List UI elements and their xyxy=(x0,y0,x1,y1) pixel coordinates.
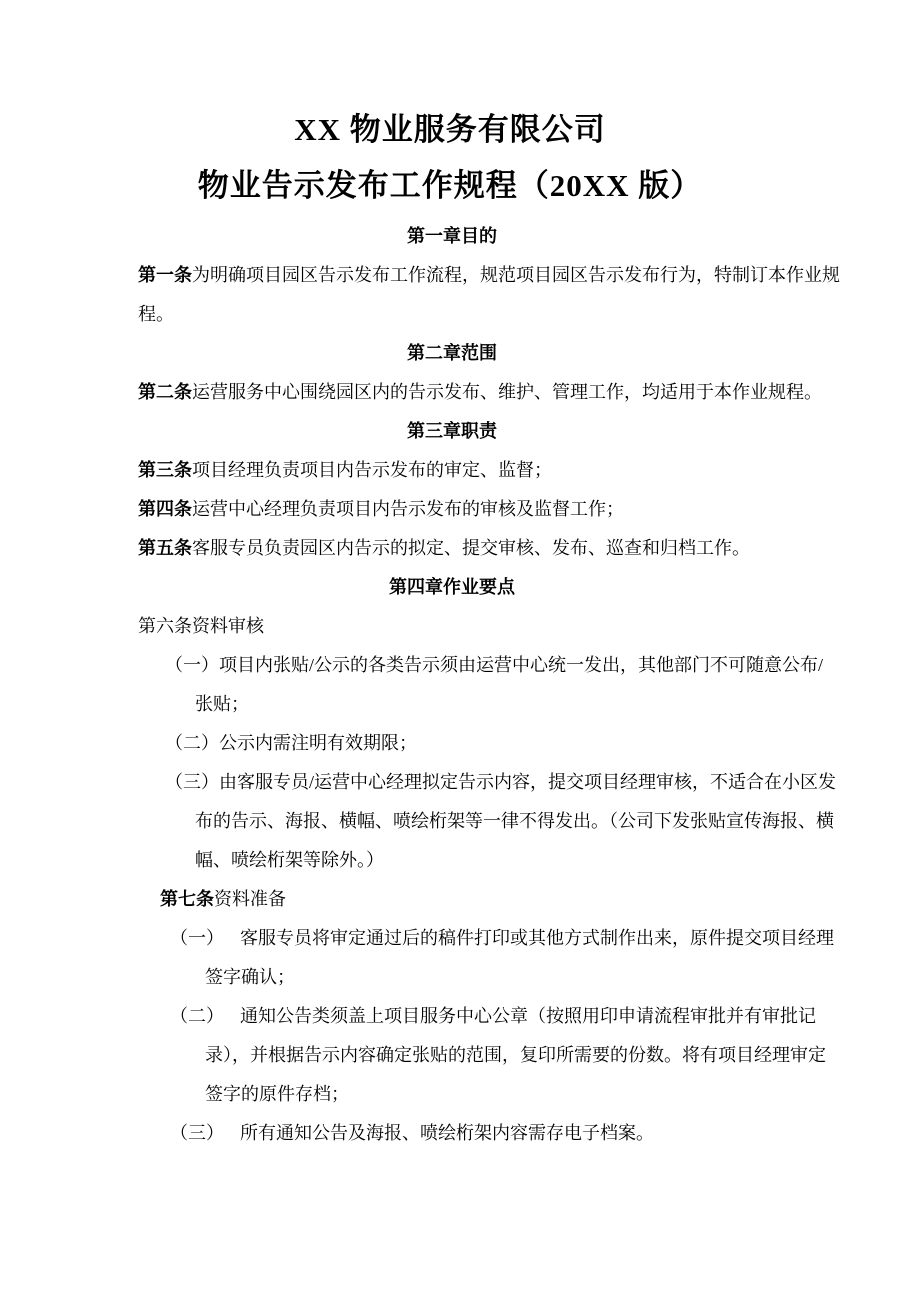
article-5-text: 客服专员负责园区内告示的拟定、提交审核、发布、巡查和归档工作。 xyxy=(192,538,750,558)
article-7-item-2-line-3: 签字的原件存档； xyxy=(138,1075,920,1114)
document-page: XX 物业服务有限公司 物业告示发布工作规程（20XX 版） 第一章目的 第一条… xyxy=(0,0,920,1301)
article-1-line-2: 程。 xyxy=(138,295,920,334)
article-6-item-3-line-2: 布的告示、海报、横幅、喷绘桁架等一律不得发出。（公司下发张贴宣传海报、横 xyxy=(138,802,920,841)
document-body: 第一章目的 第一条为明确项目园区告示发布工作流程，规范项目园区告示发布行为，特制… xyxy=(0,217,920,1153)
item-number: （二） xyxy=(165,733,219,753)
item-number: （三） xyxy=(165,772,219,792)
item-text: 项目内张贴/公示的各类告示须由运营中心统一发出，其他部门不可随意公布/ xyxy=(219,655,823,675)
chapter-3-heading: 第三章职责 xyxy=(138,412,766,451)
article-7-line-1: 第七条资料准备 xyxy=(138,880,920,919)
article-2-line-1: 第二条运营服务中心围绕园区内的告示发布、维护、管理工作，均适用于本作业规程。 xyxy=(138,373,920,412)
item-number: （三） xyxy=(170,1123,224,1143)
article-4-line-1: 第四条运营中心经理负责项目内告示发布的审核及监督工作； xyxy=(138,490,920,529)
chapter-1-heading: 第一章目的 xyxy=(138,217,766,256)
item-text: 公示内需注明有效期限； xyxy=(219,733,417,753)
article-5-line-1: 第五条客服专员负责园区内告示的拟定、提交审核、发布、巡查和归档工作。 xyxy=(138,529,920,568)
item-text: 所有通知公告及海报、喷绘桁架内容需存电子档案。 xyxy=(240,1123,654,1143)
article-7-item-2-line-2: 录），并根据告示内容确定张贴的范围，复印所需要的份数。将有项目经理审定 xyxy=(138,1036,920,1075)
article-1-number: 第一条 xyxy=(138,265,192,285)
article-6-title: 资料审核 xyxy=(192,616,264,636)
article-5-number: 第五条 xyxy=(138,538,192,558)
article-2-text: 运营服务中心围绕园区内的告示发布、维护、管理工作，均适用于本作业规程。 xyxy=(192,382,822,402)
article-6-item-1-line-2: 张贴； xyxy=(138,685,920,724)
article-6-item-3-line-3: 幅、喷绘桁架等除外。） xyxy=(138,841,920,880)
article-7-title: 资料准备 xyxy=(214,889,286,909)
article-7-item-2-line-1: （二）通知公告类须盖上项目服务中心公章（按照用印申请流程审批并有审批记 xyxy=(138,997,920,1036)
article-3-line-1: 第三条项目经理负责项目内告示发布的审定、监督； xyxy=(138,451,920,490)
article-6-item-1-line-1: （一）项目内张贴/公示的各类告示须由运营中心统一发出，其他部门不可随意公布/ xyxy=(138,646,920,685)
article-6-number: 第六条 xyxy=(138,616,192,636)
item-number: （一） xyxy=(165,655,219,675)
article-7-number: 第七条 xyxy=(160,889,214,909)
article-1-line-1: 第一条为明确项目园区告示发布工作流程，规范项目园区告示发布行为，特制订本作业规 xyxy=(138,256,920,295)
article-1-text: 为明确项目园区告示发布工作流程，规范项目园区告示发布行为，特制订本作业规 xyxy=(192,265,840,285)
document-title-line-1: XX 物业服务有限公司 xyxy=(0,111,900,149)
item-number: （二） xyxy=(170,1006,224,1026)
article-4-text: 运营中心经理负责项目内告示发布的审核及监督工作； xyxy=(192,499,624,519)
chapter-4-heading: 第四章作业要点 xyxy=(138,568,766,607)
article-7-item-3-line-1: （三）所有通知公告及海报、喷绘桁架内容需存电子档案。 xyxy=(138,1114,920,1153)
article-3-number: 第三条 xyxy=(138,460,192,480)
article-6-item-2-line-1: （二）公示内需注明有效期限； xyxy=(138,724,920,763)
article-2-number: 第二条 xyxy=(138,382,192,402)
article-4-number: 第四条 xyxy=(138,499,192,519)
article-6-item-3-line-1: （三）由客服专员/运营中心经理拟定告示内容，提交项目经理审核，不适合在小区发 xyxy=(138,763,920,802)
document-title-line-2: 物业告示发布工作规程（20XX 版） xyxy=(0,167,900,205)
article-7-item-1-line-1: （一）客服专员将审定通过后的稿件打印或其他方式制作出来，原件提交项目经理 xyxy=(138,919,920,958)
document-title-block: XX 物业服务有限公司 物业告示发布工作规程（20XX 版） xyxy=(0,111,900,205)
item-text: 通知公告类须盖上项目服务中心公章（按照用印申请流程审批并有审批记 xyxy=(240,1006,816,1026)
article-3-text: 项目经理负责项目内告示发布的审定、监督； xyxy=(192,460,552,480)
article-6-line-1: 第六条资料审核 xyxy=(138,607,920,646)
item-text: 由客服专员/运营中心经理拟定告示内容，提交项目经理审核，不适合在小区发 xyxy=(219,772,836,792)
chapter-2-heading: 第二章范围 xyxy=(138,334,766,373)
item-text: 客服专员将审定通过后的稿件打印或其他方式制作出来，原件提交项目经理 xyxy=(240,928,834,948)
article-7-item-1-line-2: 签字确认； xyxy=(138,958,920,997)
item-number: （一） xyxy=(170,928,224,948)
